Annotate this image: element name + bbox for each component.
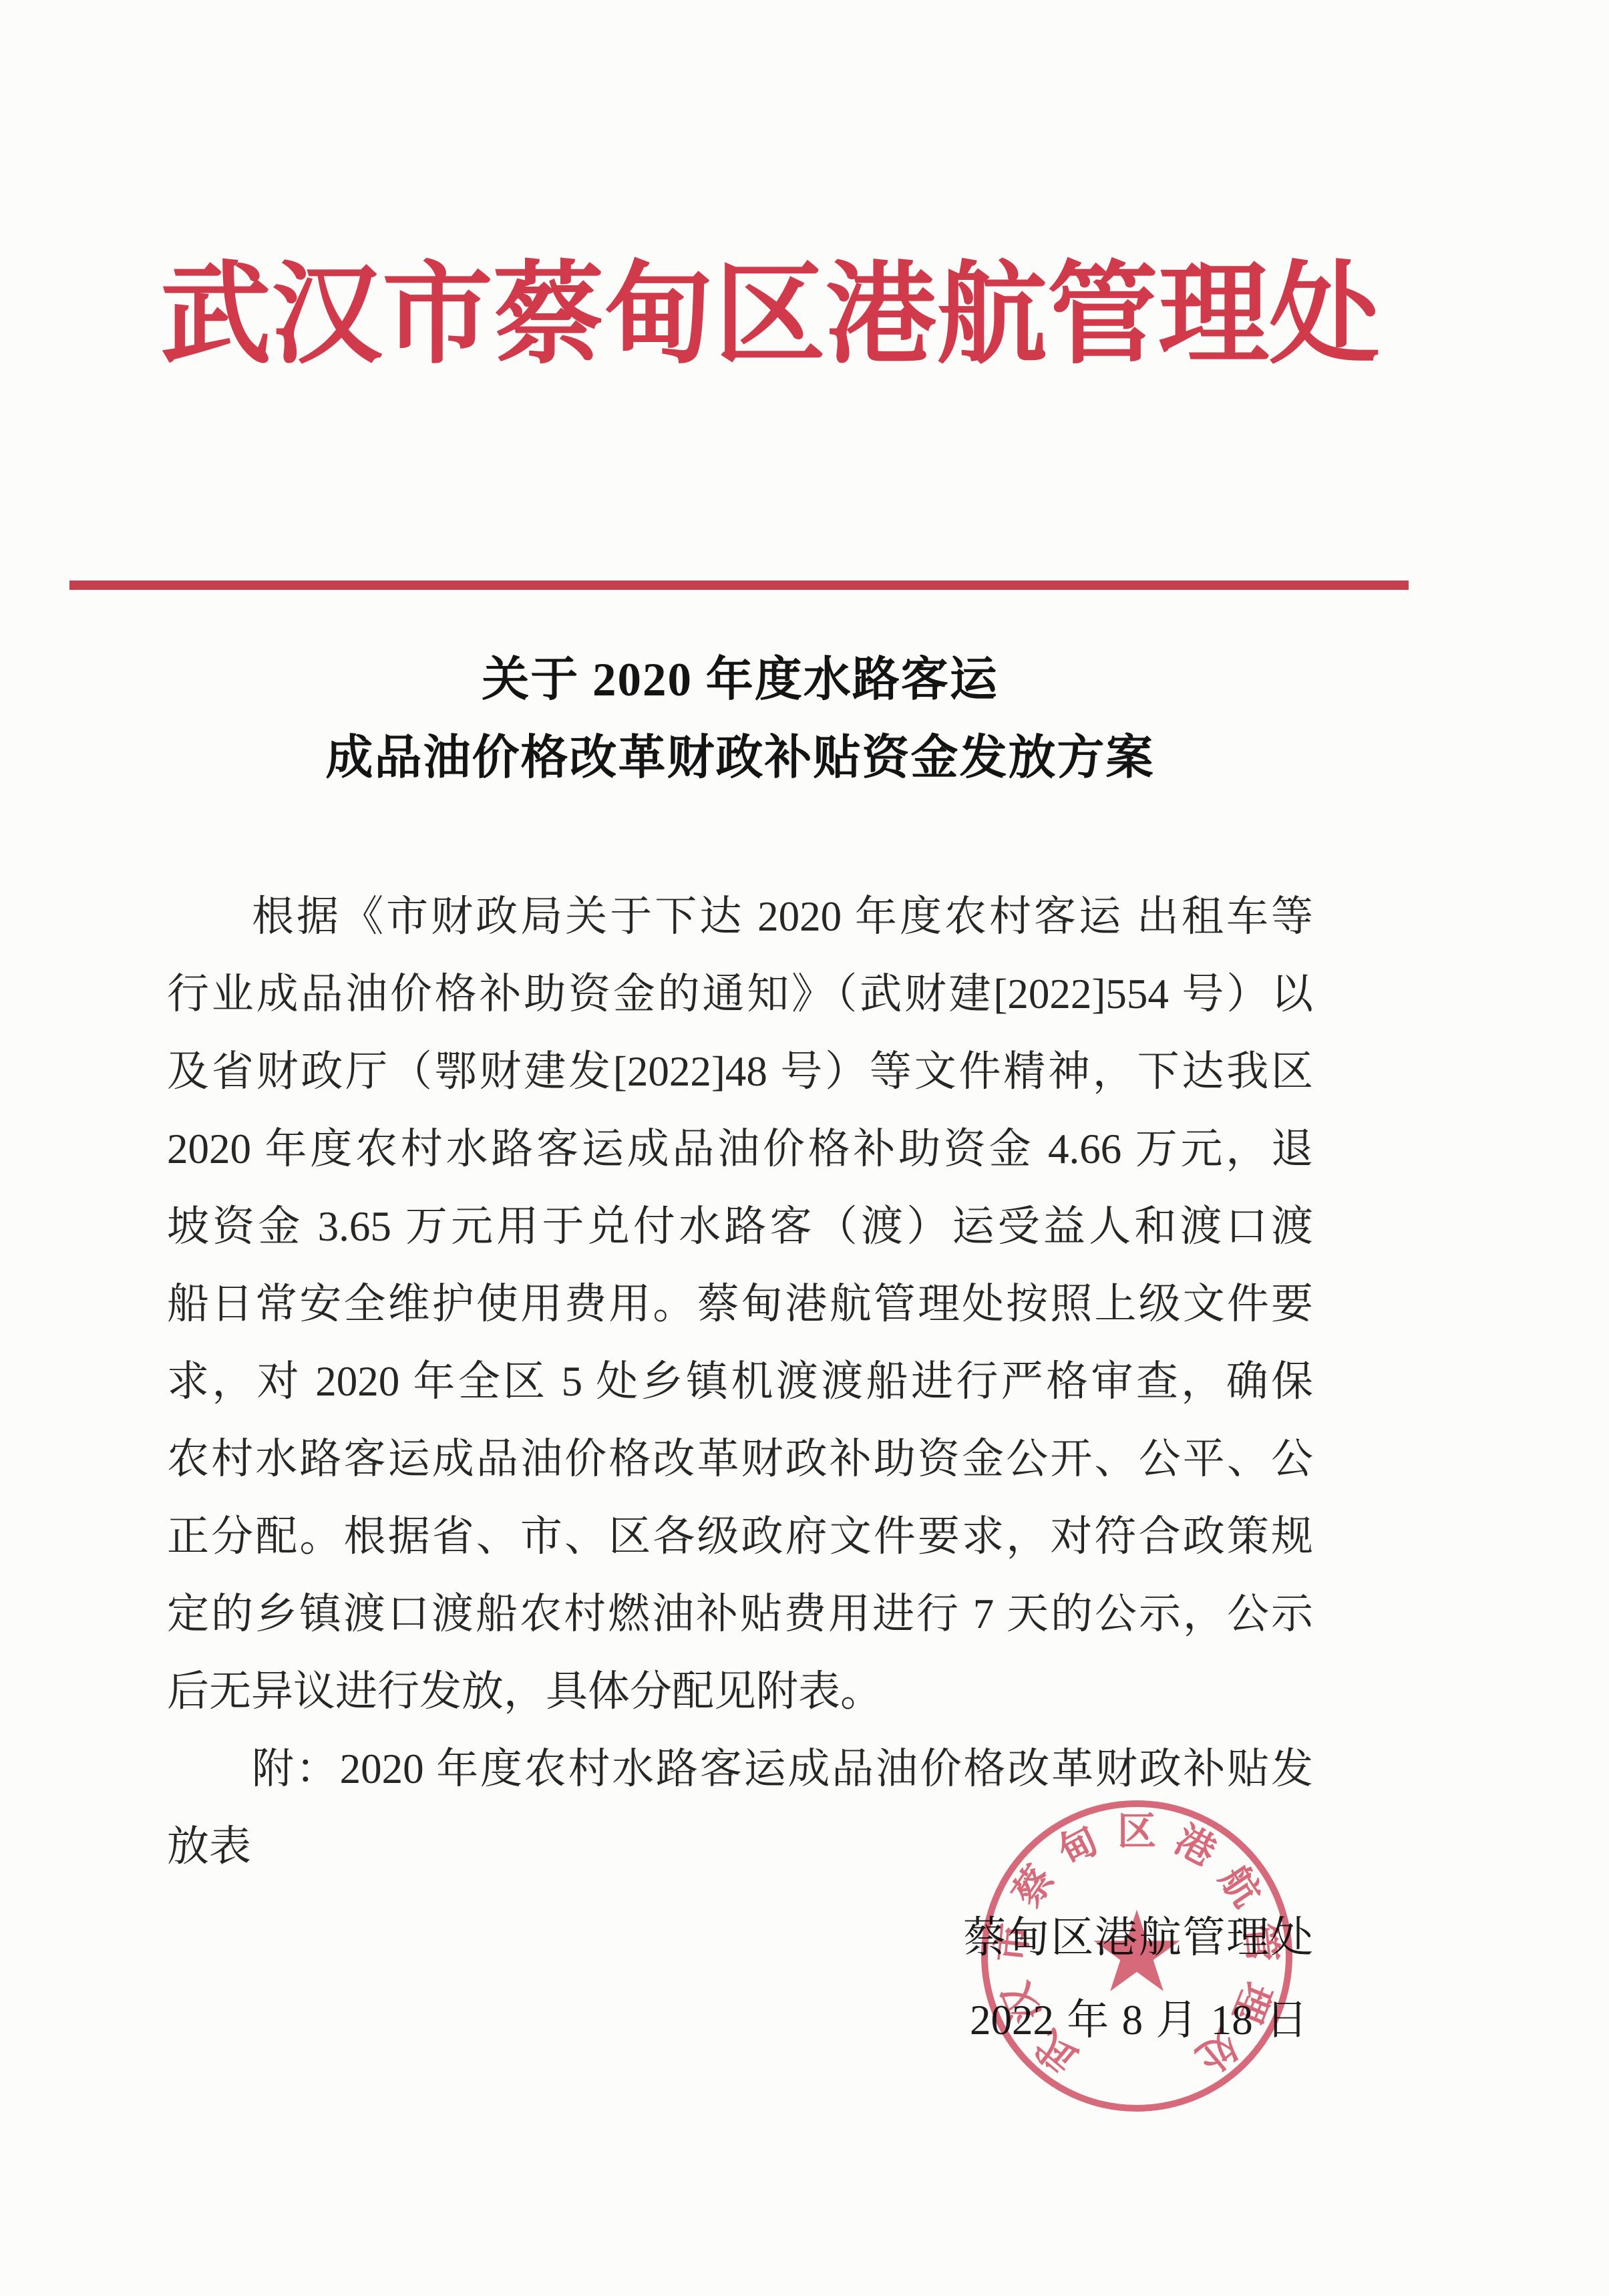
body-line: 行业成品油价格补助资金的通知》（武财建[2022]554 号）以 (167, 955, 1313, 1033)
char: 甸 (1007, 1915, 1050, 1961)
date-token: 18 (1211, 1997, 1253, 2043)
letterhead-org-name: 武汉市蔡甸区港航管理处 (160, 254, 1373, 377)
char: 武 (160, 254, 271, 377)
char: 航 (1139, 1915, 1182, 1961)
document-body: 根据《市财政局关于下达 2020 年度农村客运 出租车等行业成品油价格补助资金的… (167, 878, 1313, 1885)
char: 处 (1269, 254, 1380, 377)
letterhead-divider (69, 581, 1409, 590)
body-line: 2020 年度农村水路客运成品油价格补助资金 4.66 万元，退 (167, 1110, 1313, 1188)
document-title: 关于 2020 年度水路客运 成品油价格改革财政补贴资金发放方案 (167, 641, 1313, 798)
char: 区 (1051, 1915, 1093, 1961)
char: 处 (1270, 1915, 1313, 1961)
body-line: 正分配。根据省、市、区各级政府文件要求，对符合政策规 (167, 1498, 1313, 1575)
char: 甸 (604, 254, 715, 377)
body-line: 坡资金 3.65 万元用于兑付水路客（渡）运受益人和渡口渡 (167, 1188, 1313, 1265)
char: 蔡 (963, 1915, 1006, 1961)
body-line: 农村水路客运成品油价格改革财政补助资金公开、公平、公 (167, 1420, 1313, 1498)
body-line: 船日常安全维护使用费用。蔡甸港航管理处按照上级文件要 (167, 1265, 1313, 1343)
document-page: 武汉市蔡甸区港航管理处 关于 2020 年度水路客运 成品油价格改革财政补贴资金… (0, 0, 1609, 2296)
char: 蔡 (493, 254, 604, 377)
title-line-1: 关于 2020 年度水路客运 (167, 641, 1313, 719)
signature-date: 2022年8月18日 (970, 1997, 1308, 2043)
char: 理 (1226, 1915, 1269, 1961)
title-line-2: 成品油价格改革财政补贴资金发放方案 (167, 719, 1313, 798)
char: 区 (715, 254, 826, 377)
char: 理 (1158, 254, 1269, 377)
char: 汉 (271, 254, 382, 377)
char: 港 (1095, 1915, 1137, 1961)
char: 管 (1047, 254, 1158, 377)
body-line: 定的乡镇渡口渡船农村燃油补贴费用进行 7 天的公示，公示 (167, 1575, 1313, 1653)
date-token: 日 (1266, 1997, 1308, 2043)
body-line: 附：2020 年度农村水路客运成品油价格改革财政补贴发 (167, 1730, 1313, 1808)
body-line: 根据《市财政局关于下达 2020 年度农村客运 出租车等 (167, 878, 1313, 955)
body-line: 及省财政厅（鄂财建发[2022]48 号）等文件精神，下达我区 (167, 1033, 1313, 1110)
date-token: 年 (1067, 1997, 1109, 2043)
char: 市 (382, 254, 493, 377)
char: 港 (826, 254, 936, 377)
body-line: 求，对 2020 年全区 5 处乡镇机渡渡船进行严格审查，确保 (167, 1343, 1313, 1420)
date-token: 8 (1122, 1997, 1143, 2043)
date-token: 月 (1155, 1997, 1198, 2043)
date-token: 2022 (970, 1997, 1054, 2043)
char: 管 (1183, 1915, 1226, 1961)
body-line: 后无异议进行发放，具体分配见附表。 (167, 1653, 1313, 1730)
body-line: 放表 (167, 1808, 1313, 1885)
char: 航 (936, 254, 1047, 377)
signature-org: 蔡甸区港航管理处 (963, 1915, 1313, 1961)
